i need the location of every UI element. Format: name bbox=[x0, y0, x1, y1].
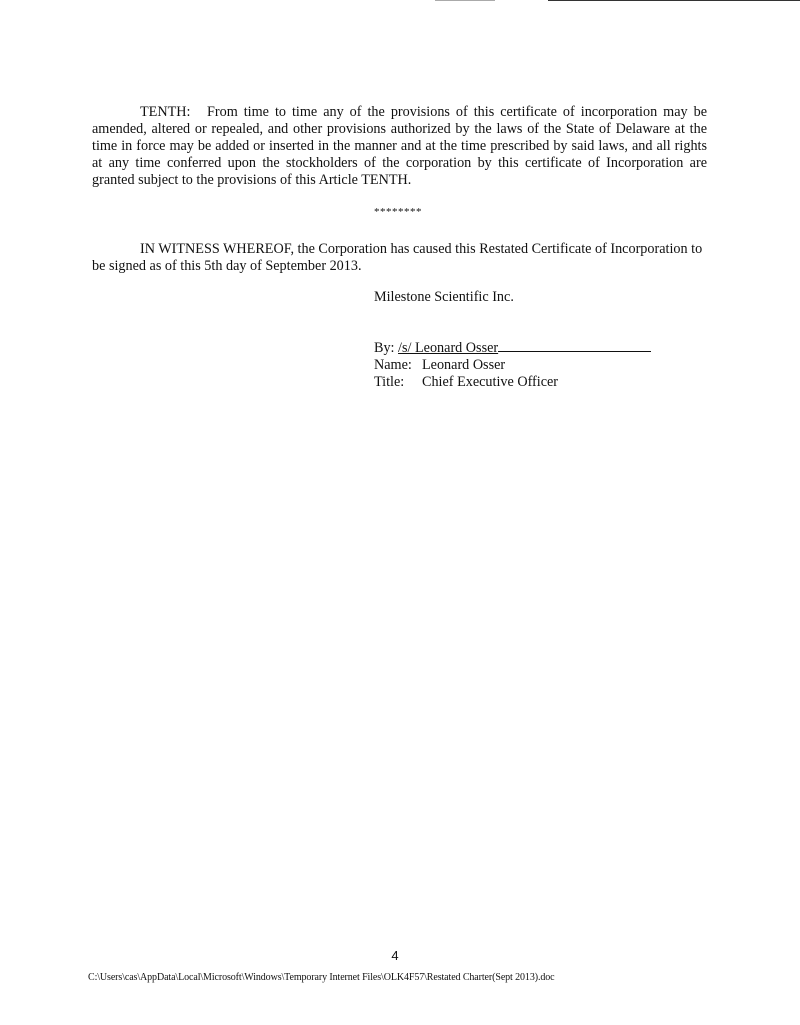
section-separator: ******** bbox=[0, 206, 798, 218]
company-name: Milestone Scientific Inc. bbox=[374, 289, 514, 306]
title-label: Title: bbox=[374, 374, 422, 391]
title-value: Chief Executive Officer bbox=[422, 374, 558, 390]
name-label: Name: bbox=[374, 357, 422, 374]
footer-file-path: C:\Users\cas\AppData\Local\Microsoft\Win… bbox=[88, 972, 555, 983]
signer-title-row: Title:Chief Executive Officer bbox=[374, 374, 651, 391]
witness-paragraph: IN WITNESS WHEREOF, the Corporation has … bbox=[92, 241, 707, 275]
article-label: TENTH: bbox=[140, 104, 207, 121]
witness-text: IN WITNESS WHEREOF, the Corporation has … bbox=[92, 241, 702, 274]
signature-line bbox=[498, 339, 651, 352]
name-value: Leonard Osser bbox=[422, 357, 505, 373]
scan-artifact bbox=[548, 0, 800, 1]
signature-by-row: By: /s/ Leonard Osser bbox=[374, 339, 651, 357]
signature-block: By: /s/ Leonard Osser Name:Leonard Osser… bbox=[374, 339, 651, 391]
scan-artifact bbox=[435, 0, 495, 1]
article-tenth-paragraph: TENTH:From time to time any of the provi… bbox=[92, 104, 707, 189]
signer-name-row: Name:Leonard Osser bbox=[374, 357, 651, 374]
by-label: By: bbox=[374, 340, 395, 356]
page-number: 4 bbox=[0, 948, 790, 963]
signature-value: /s/ Leonard Osser bbox=[398, 340, 498, 356]
